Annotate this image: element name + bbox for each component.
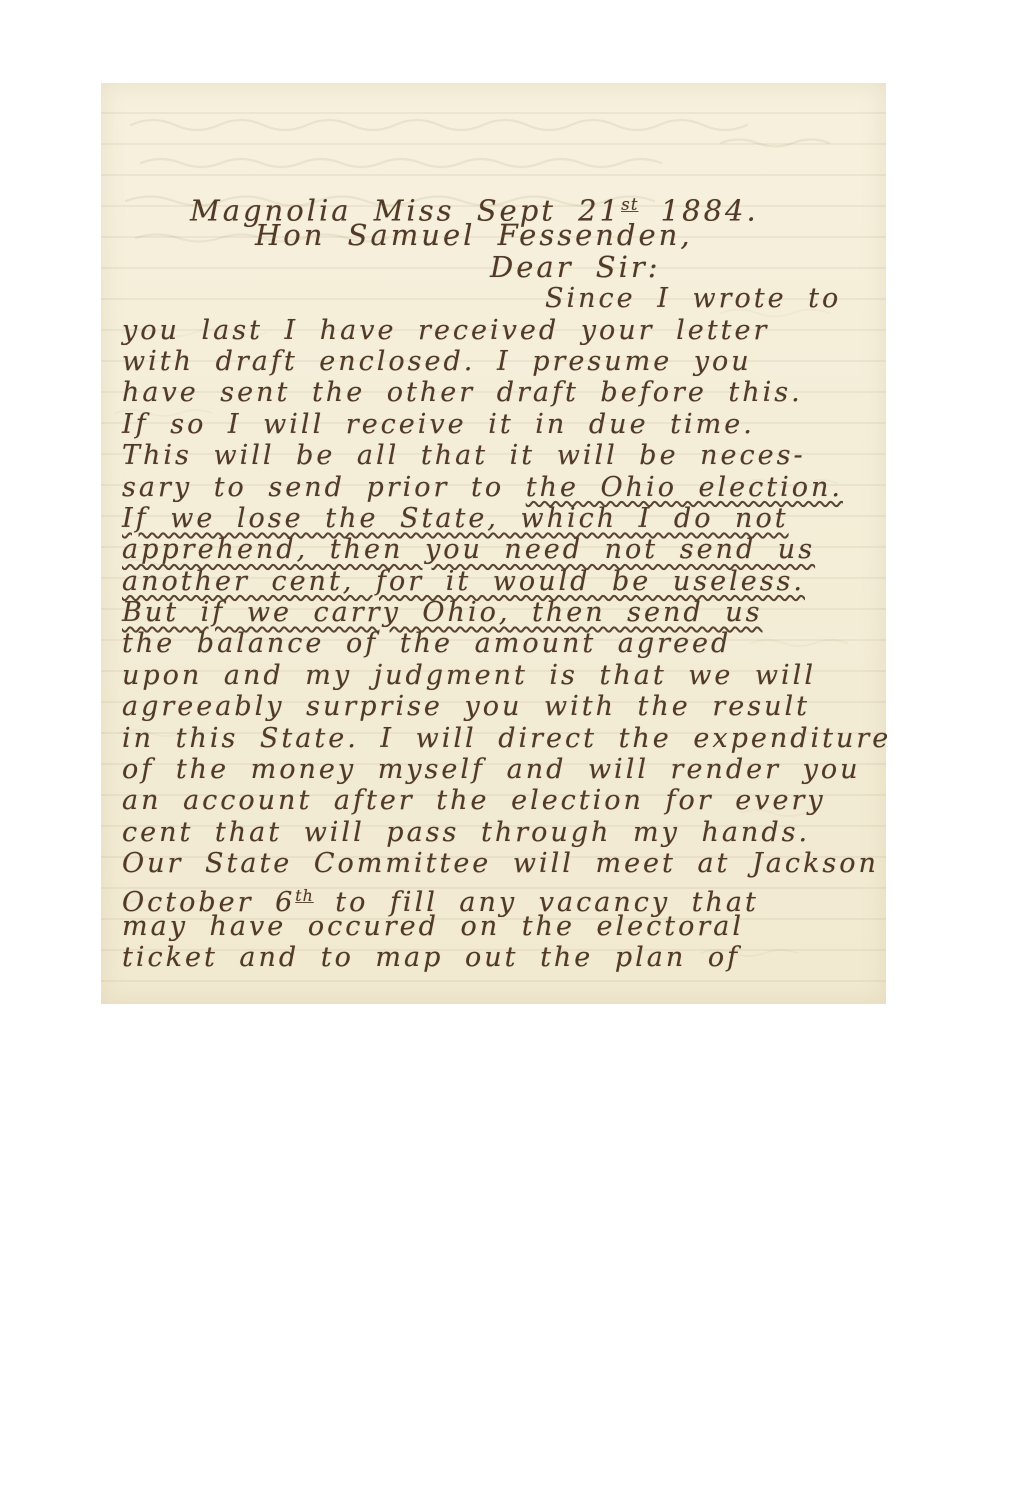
letter-line: may have occured on the electoral bbox=[122, 911, 874, 942]
line-text: Since I wrote to bbox=[545, 283, 841, 314]
line-text: cent that will pass through my hands. bbox=[122, 817, 810, 848]
line-text: may have occured on the electoral bbox=[122, 911, 744, 942]
salutation-text: Dear Sir: bbox=[490, 250, 661, 284]
underlined-text: If we lose the State, which I do not bbox=[122, 503, 789, 534]
letter-body: Magnolia Miss Sept 21st 1884. Hon Samuel… bbox=[122, 189, 874, 974]
underlined-text: the Ohio election. bbox=[526, 472, 843, 503]
letter-line: the balance of the amount agreed bbox=[122, 628, 874, 659]
line-text: Our State Committee will meet at Jackson bbox=[122, 848, 879, 879]
line-text: of the money myself and will render you bbox=[122, 754, 860, 785]
letter-recipient: Hon Samuel Fessenden, bbox=[255, 220, 874, 251]
letter-line: with draft enclosed. I presume you bbox=[122, 346, 874, 377]
letter-paper: Magnolia Miss Sept 21st 1884. Hon Samuel… bbox=[101, 83, 886, 1004]
line-text: the balance of the amount agreed bbox=[122, 628, 731, 659]
underlined-text: But if we carry Ohio, then send us bbox=[122, 597, 763, 628]
letter-line: This will be all that it will be neces- bbox=[122, 440, 874, 471]
letter-line: But if we carry Ohio, then send us bbox=[122, 597, 874, 628]
letter-line: upon and my judgment is that we will bbox=[122, 660, 874, 691]
line-text: If so I will receive it in due time. bbox=[122, 409, 755, 440]
letter-line: of the money myself and will render you bbox=[122, 754, 874, 785]
letter-line: October 6th to fill any vacancy that bbox=[122, 880, 874, 911]
dateline-ordinal-suffix: st bbox=[621, 194, 638, 214]
letter-salutation: Dear Sir: bbox=[490, 252, 874, 283]
line-text: an account after the election for every bbox=[122, 785, 826, 816]
letter-line: cent that will pass through my hands. bbox=[122, 817, 874, 848]
letter-line: an account after the election for every bbox=[122, 785, 874, 816]
line-text: have sent the other draft before this. bbox=[122, 377, 803, 408]
line-text: with draft enclosed. I presume you bbox=[122, 346, 752, 377]
line-text: sary to send prior to bbox=[122, 472, 526, 503]
letter-line: Our State Committee will meet at Jackson bbox=[122, 848, 874, 879]
letter-line: ticket and to map out the plan of bbox=[122, 942, 874, 973]
line-text: upon and my judgment is that we will bbox=[122, 660, 816, 691]
scanned-letter: Magnolia Miss Sept 21st 1884. Hon Samuel… bbox=[0, 0, 1023, 1495]
letter-dateline: Magnolia Miss Sept 21st 1884. bbox=[190, 189, 874, 220]
recipient-text: Hon Samuel Fessenden, bbox=[255, 218, 693, 252]
letter-line: another cent, for it would be useless. bbox=[122, 566, 874, 597]
line-text: you last I have received your letter bbox=[122, 315, 769, 346]
line-text: This will be all that it will be neces- bbox=[122, 440, 806, 471]
letter-line: agreeably surprise you with the result bbox=[122, 691, 874, 722]
line-text: ticket and to map out the plan of bbox=[122, 942, 740, 973]
letter-line: If so I will receive it in due time. bbox=[122, 409, 874, 440]
letter-line: apprehend, then you need not send us bbox=[122, 534, 874, 565]
letter-line: Since I wrote to bbox=[545, 283, 874, 314]
letter-line: sary to send prior to the Ohio election. bbox=[122, 472, 874, 503]
date-ordinal-suffix: th bbox=[295, 886, 313, 905]
letter-line: in this State. I will direct the expendi… bbox=[122, 723, 874, 754]
letter-line: have sent the other draft before this. bbox=[122, 377, 874, 408]
line-text: agreeably surprise you with the result bbox=[122, 691, 810, 722]
letter-line: you last I have received your letter bbox=[122, 315, 874, 346]
letter-line: If we lose the State, which I do not bbox=[122, 503, 874, 534]
underlined-text: another cent, for it would be useless. bbox=[122, 566, 805, 597]
line-text: in this State. I will direct the expendi… bbox=[122, 723, 891, 754]
underlined-text: apprehend, then you need not send us bbox=[122, 534, 815, 565]
